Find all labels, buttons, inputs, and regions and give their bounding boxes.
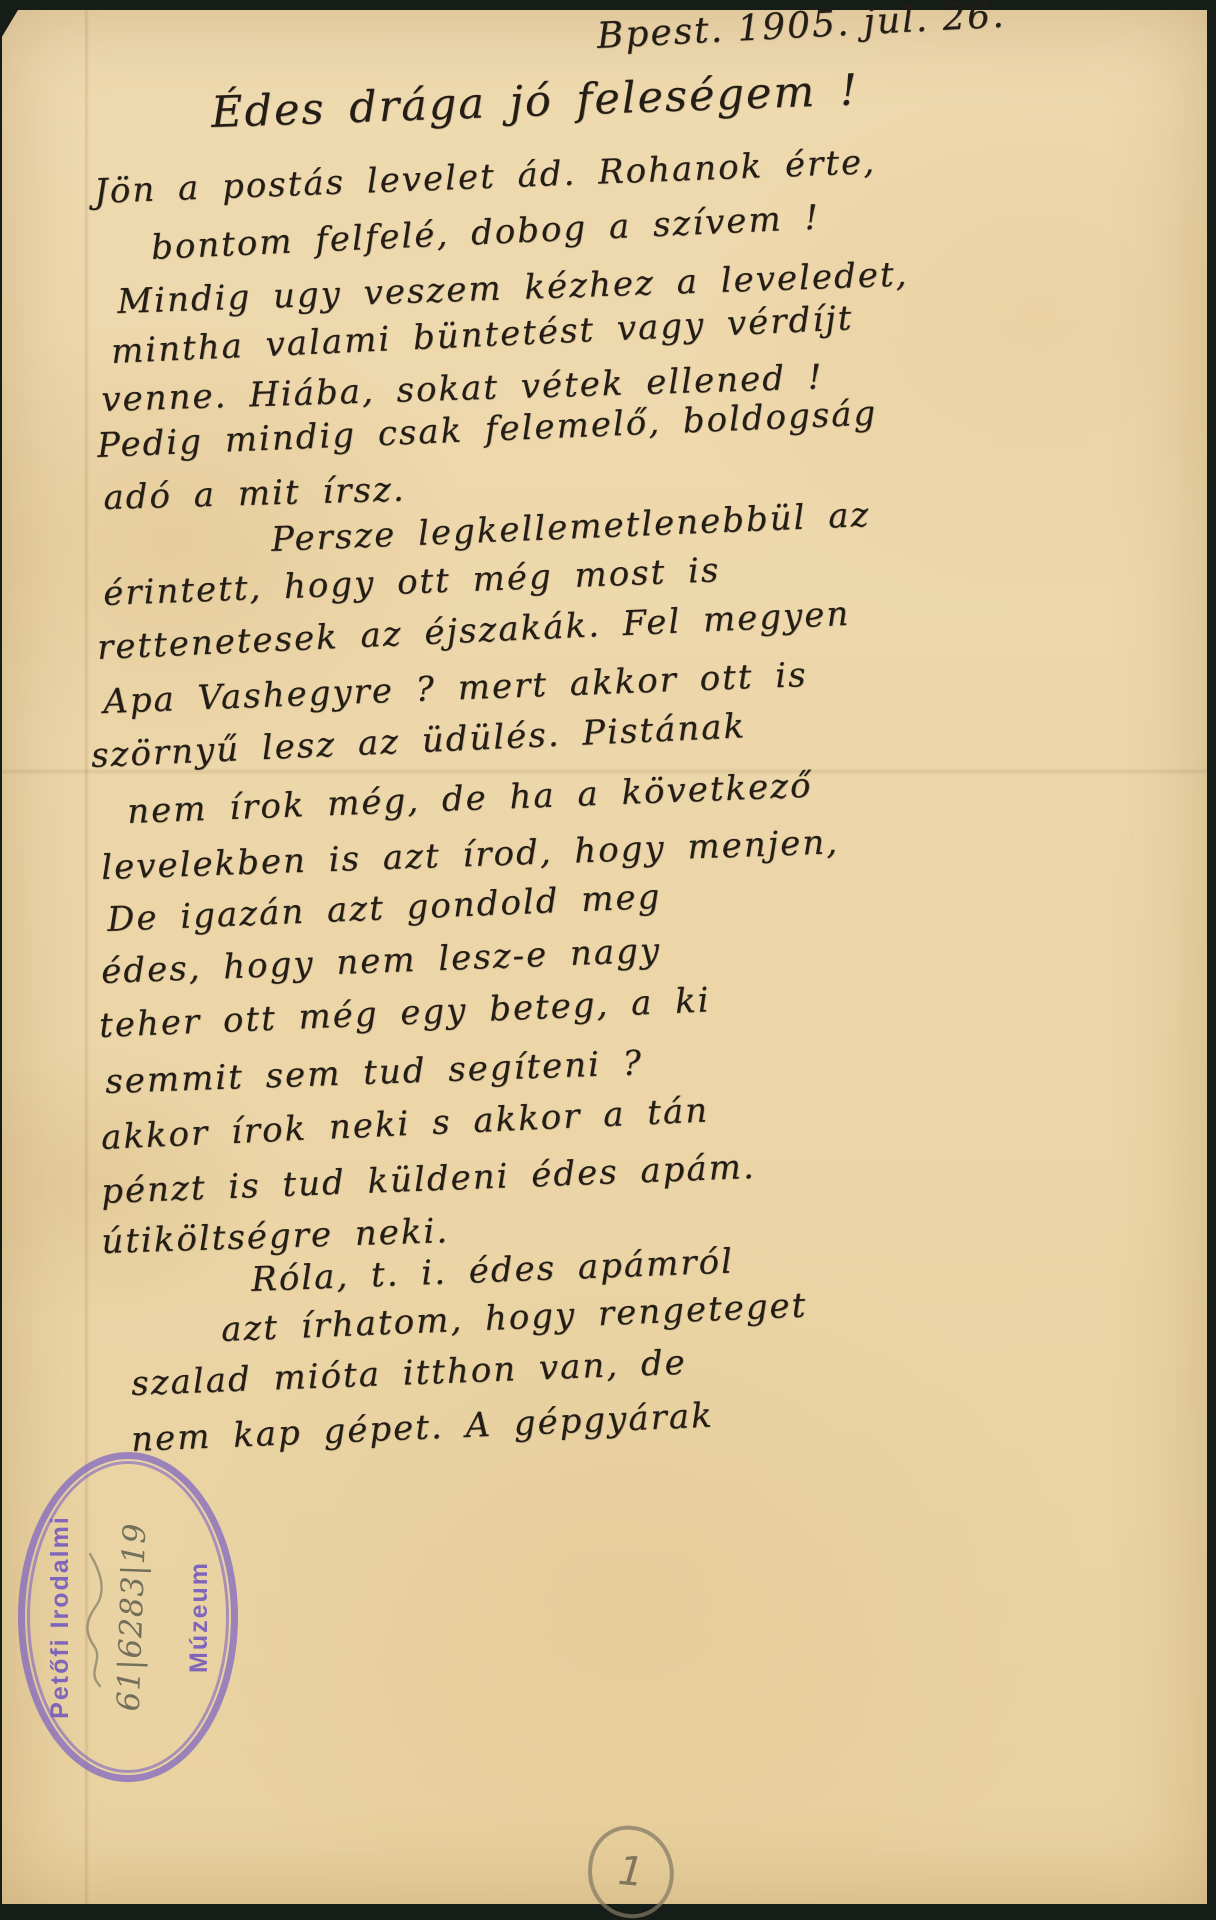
stamp-org-line2: Múzeum [185, 1452, 214, 1782]
scanned-letter-page: Bpest. 1905. jul. 26. Édes drága jó fele… [0, 0, 1216, 1920]
stamp-org-line1: Petőfi Irodalmi [46, 1452, 75, 1782]
museum-stamp: Petőfi Irodalmi 61|6283|19 Múzeum [18, 1452, 238, 1782]
page-number: 1 [616, 1848, 645, 1896]
body-line: adó a mit írsz. [103, 470, 406, 518]
pencil-scribble [82, 1550, 108, 1690]
museum-stamp-rotated: Petőfi Irodalmi 61|6283|19 Múzeum [18, 1452, 238, 1782]
